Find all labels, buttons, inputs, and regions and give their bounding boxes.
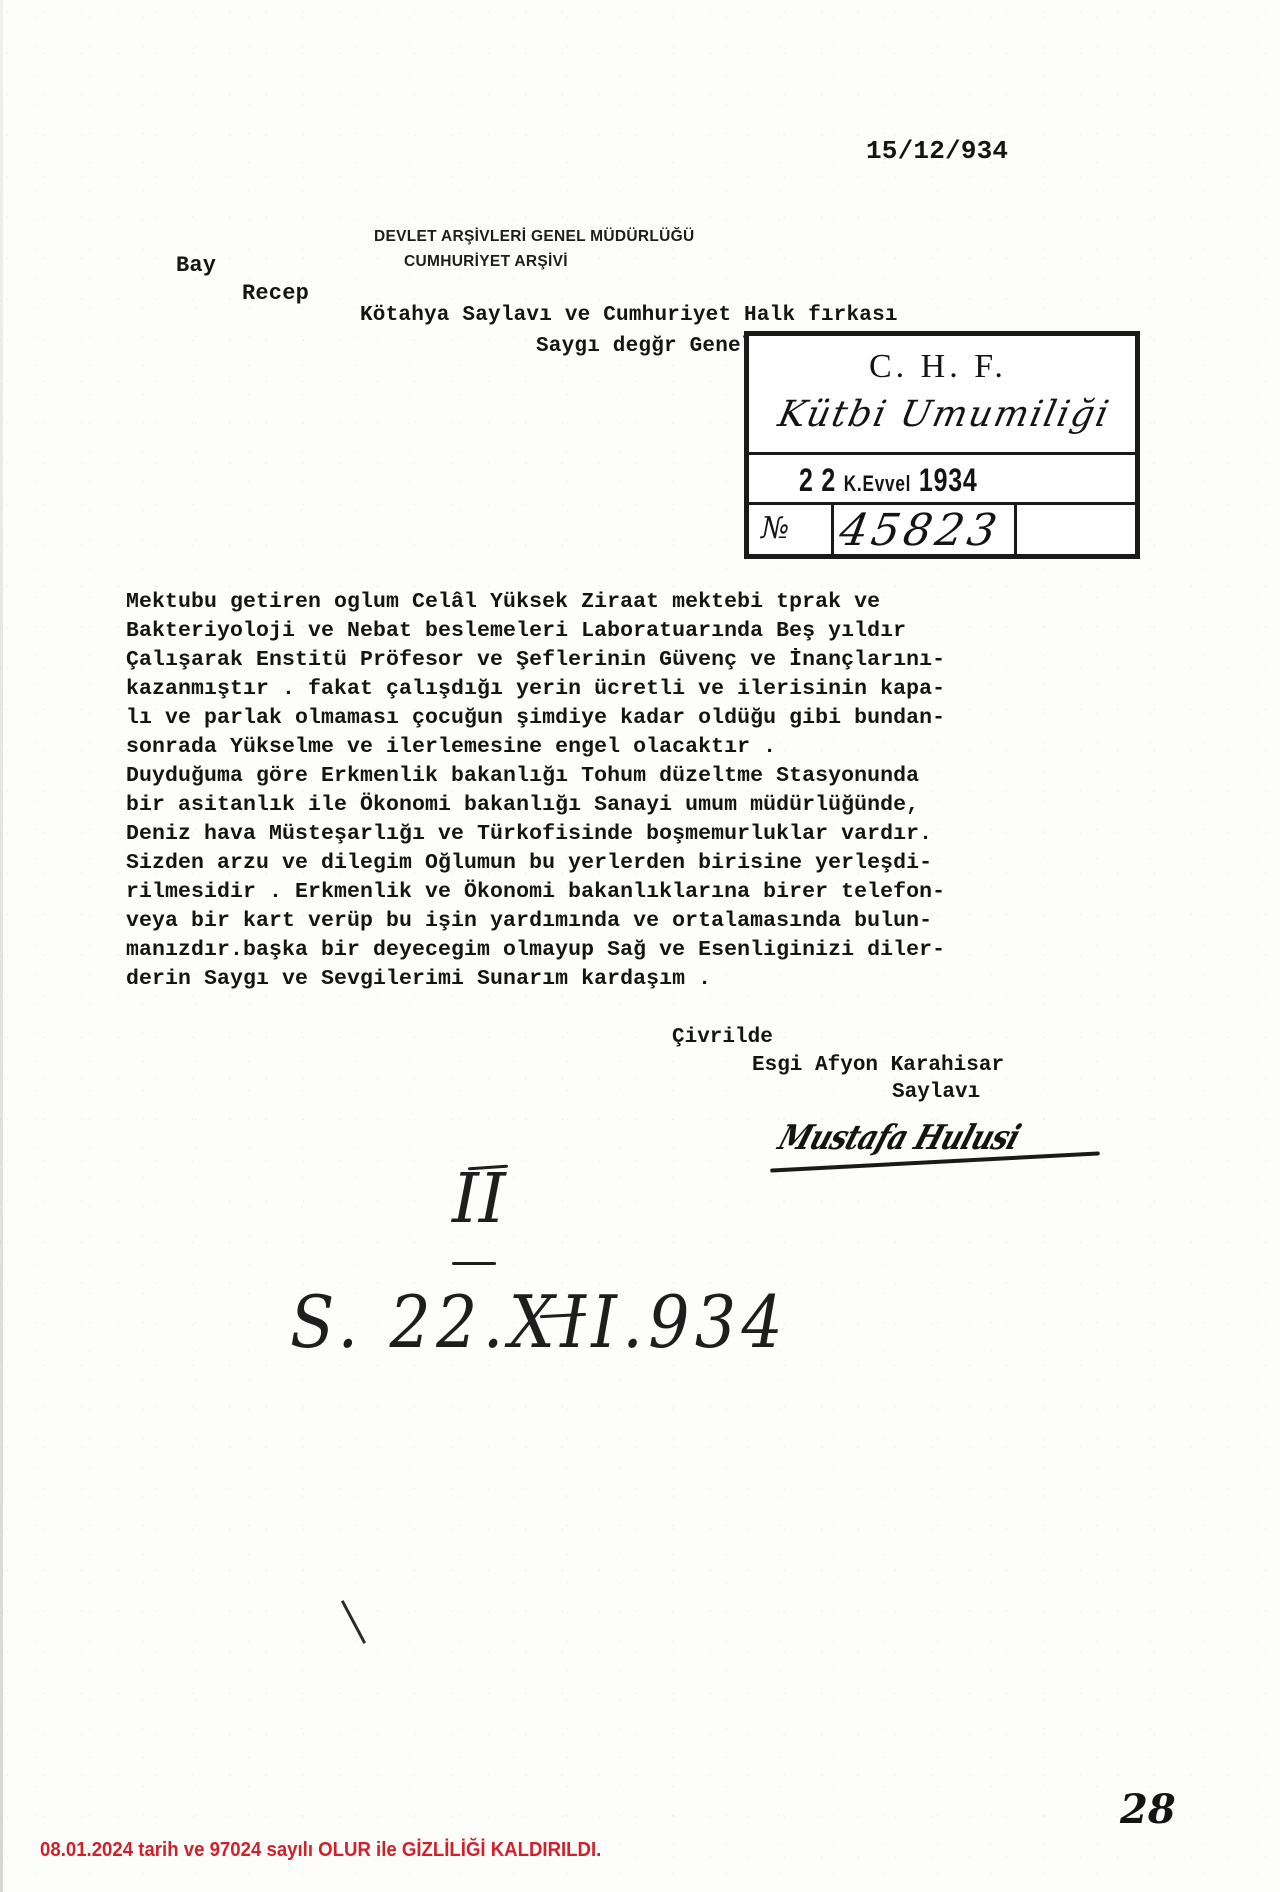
signature: Mustafa Hulusi (774, 1118, 1025, 1158)
letter-body: Mektubu getiren oglum Celâl Yüksek Ziraa… (126, 588, 945, 994)
body-line: kazanmıştır . fakat çalışdığı yerin ücre… (126, 675, 945, 704)
registry-stamp: C. H. F. Kütbi Umumiliği 2 2 K.Evvel 193… (744, 331, 1140, 559)
salutation-name: Recep (242, 281, 309, 306)
stamp-office: Kütbi Umumiliği (775, 394, 1114, 435)
page-number: 28 (1120, 1786, 1176, 1833)
body-line: Sizden arzu ve dilegim Oğlumun bu yerler… (126, 849, 945, 878)
body-line: derin Saygı ve Sevgilerimi Sunarım karda… (126, 965, 945, 994)
document-page: 15/12/934 DEVLET ARŞİVLERİ GENEL MÜDÜRLÜ… (0, 0, 1280, 1892)
stamp-number: 45823 (836, 505, 1005, 556)
archive-stamp-line1: DEVLET ARŞİVLERİ GENEL MÜDÜRLÜĞÜ (374, 228, 694, 246)
body-line: manızdır.başka bir deyecegim olmayup Sağ… (126, 936, 945, 965)
closing-place: Çivrilde (672, 1026, 773, 1049)
archive-stamp-line2: CUMHURİYET ARŞİVİ (404, 253, 568, 271)
stamp-number-label-cell: № (749, 505, 834, 559)
stamp-number-cell: 45823 (834, 505, 1017, 559)
closing-role: Saylavı (892, 1081, 980, 1104)
body-line: Duyduğuma göre Erkmenlik bakanlığı Tohum… (126, 762, 945, 791)
body-line: veya bir kart verüp bu işin yardımında v… (126, 907, 945, 936)
stamp-date-row: 2 2 K.Evvel 1934 (749, 452, 1135, 505)
body-line: sonrada Yükselme ve ilerlemesine engel o… (126, 733, 945, 762)
stamp-date: 2 2 K.Evvel 1934 (799, 462, 978, 499)
handwritten-date-note: S. 22.XII.934 (290, 1280, 788, 1364)
body-line: bir asitanlık ile Ökonomi bakanlığı Sana… (126, 791, 945, 820)
closing-title: Esgi Afyon Karahisar (752, 1054, 1004, 1077)
stamp-number-label: № (761, 511, 789, 546)
body-line: rilmesidir . Erkmenlik ve Ökonomi bakanl… (126, 878, 945, 907)
handwritten-roman-numeral: II (452, 1160, 506, 1239)
pen-mark (341, 1600, 366, 1644)
body-line: Bakteriyoloji ve Nebat beslemeleri Labor… (126, 617, 945, 646)
page-edge (0, 0, 3, 1892)
salutation-title: Bay (176, 253, 216, 278)
stamp-number-row: № 45823 (749, 505, 1135, 559)
stamp-date-month: K.Evvel (844, 471, 911, 496)
declassification-note: 08.01.2024 tarih ve 97024 sayılı OLUR il… (40, 1839, 601, 1862)
body-line: Çalışarak Enstitü Pröfesor ve Şeflerinin… (126, 646, 945, 675)
letter-date: 15/12/934 (866, 136, 1008, 166)
roman-underline (452, 1262, 496, 1265)
body-line: Deniz hava Müsteşarlığı ve Türkofisinde … (126, 820, 945, 849)
addressee-line1: Kötahya Saylavı ve Cumhuriyet Halk fırka… (360, 304, 898, 327)
body-line: Mektubu getiren oglum Celâl Yüksek Ziraa… (126, 588, 945, 617)
stamp-date-day: 2 2 (799, 462, 836, 498)
stamp-date-year: 1934 (919, 462, 978, 498)
stamp-header: C. H. F. Kütbi Umumiliği (749, 336, 1135, 455)
stamp-org: C. H. F. (869, 348, 1007, 386)
body-line: lı ve parlak olmaması çocuğun şimdiye ka… (126, 704, 945, 733)
